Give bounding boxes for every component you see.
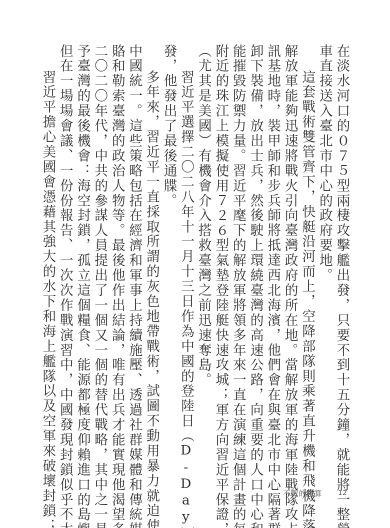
text-column: 多年來，習近平一直採取所謂的灰色地帶戰術，試圖不動用暴力就迫使臺灣選擇在政治上與	[142, 44, 159, 454]
book-page: 在淡水河口的０７５型兩棲攻擊艦出發，只要不到十五分鐘，就能將一整營的海軍陸戰隊和…	[0, 0, 390, 528]
text-column: 訊基地時，裝甲師和步兵師將抵達西北海濱，他們會在與臺北市中心隔著群山的港口和鄰近…	[264, 44, 281, 454]
text-column: （尤其是美國）有機會介入搭救臺灣之前迅速奪島。	[194, 44, 211, 454]
text-column: 但在一場場會議、一份份報告、一次次作戰演習中，中國發現封鎖似乎不太可能成功。	[56, 44, 73, 454]
text-column: 習近平選擇二〇二八年十一月十三日作為中國的登陸日（D-Day），他的侵臺艦隊已蓄…	[177, 44, 194, 454]
body-text: 在淡水河口的０７５型兩棲攻擊艦出發，只要不到十五分鐘，就能將一整營的海軍陸戰隊和…	[38, 44, 350, 454]
text-column: 能摧毀防禦力量。習近平麾下的解放軍將領多年來一直在演練這個計畫的每道環節，包括在…	[229, 44, 246, 454]
text-column: 附近的珠江上模擬使用７２６型氣墊登陸艇快速攻城；軍方向習近平保證，該計畫能在其他…	[212, 44, 229, 454]
text-column: 習近平擔心美國會憑藉其強大的水下和海上艦隊以及空軍來破壞封鎖；他也擔心經濟影	[39, 44, 56, 454]
text-column: 在淡水河口的０７５型兩棲攻擊艦出發，只要不到十五分鐘，就能將一整營的海軍陸戰隊和…	[333, 44, 350, 454]
text-column: 二〇二〇年代，中共的參謀人員提出了一個又一個的替代戰略，其中之一是在全面入侵之前…	[91, 44, 108, 454]
page-number: 12	[338, 489, 347, 497]
page-footer: 不戰的勝算 12	[283, 487, 347, 499]
running-title: 不戰的勝算	[283, 488, 322, 499]
text-column: 解放軍能夠迅速將戰火引向臺灣政府的所在地。當解放軍的海軍陸戰隊攻占臺北的政府部門…	[281, 44, 298, 454]
text-column: 車直接送入臺北市中心的政府要地。	[315, 44, 332, 454]
text-column: 予臺灣的最後機會：海空封鎖，孤立這個糧食、能源都極度仰賴進口的島嶼，迫使其不戰而…	[73, 44, 90, 454]
text-column: 中國統一。這些策略包括在經濟和軍事上持續施壓、透過社群媒體和傳統媒體進行認知作戰…	[125, 44, 142, 454]
text-column: 這套戰術雙管齊下，快艇沿河而上，空降部隊則乘著直升機和飛機降落在臺北松山機場，讓	[298, 44, 315, 454]
text-column: 發，他發出了最後通牒。	[160, 44, 177, 454]
text-column: 賂和勒索臺灣的政治人物等。最後他作出結論，唯有出兵才能實現他渴望多年的目標。時序…	[108, 44, 125, 454]
text-column: 卸下裝備，放出士兵，然後駛上環繞臺灣的高速公路，向重要的人口中心和軍事基地疾馳，…	[246, 44, 263, 454]
